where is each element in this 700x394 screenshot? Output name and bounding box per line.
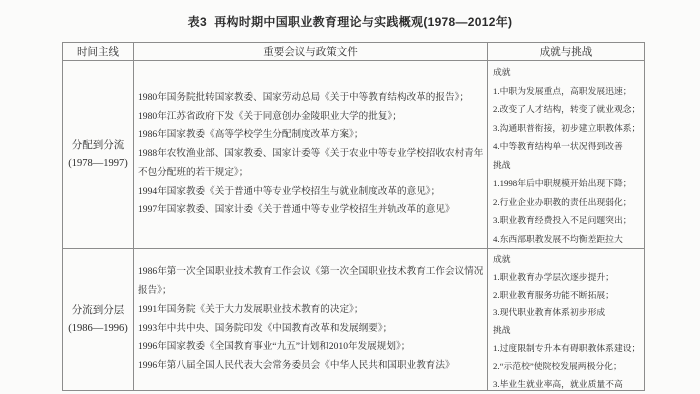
outcome-line: 3.沟通职普衔接，初步建立职教体系； [493,119,643,138]
outcome-line: 成就 [493,63,643,82]
outcome-line: 挑战 [493,156,643,175]
outcome-line: 4.东西部职教发展不均衡差距拉大 [493,230,643,249]
header-time-mainline: 时间主线 [63,43,134,60]
period-name: 分流到分层 [72,302,125,320]
outcome-line: 2.职业教育服务功能不断拓展； [493,287,643,305]
document-line: 1997年国家教委、国家计委《关于普通中等专业学校招生并轨改革的意见》 [138,201,484,220]
outcome-line: 2.行业企业办职教的责任出现弱化； [493,193,643,212]
outcomes-cell-1: 成就1.中职为发展重点，高职发展迅速；2.改变了人才结构，转变了就业观念；3.沟… [488,61,644,248]
outcomes-cell-2: 成就1.职业教育办学层次逐步提升；2.职业教育服务功能不断拓展；3.现代职业教育… [488,249,644,390]
document-line: 1988年农牧渔业部、国家教委、国家计委等《关于农业中等专业学校招收农村青年不包… [138,145,484,183]
outcome-line: 1.过度限制专升本有碍职教体系建设； [493,340,643,358]
outcome-line: 1.中职为发展重点，高职发展迅速； [493,82,643,101]
table-header-row: 时间主线 重要会议与政策文件 成就与挑战 [63,43,644,60]
document-line: 1993年中共中央、国务院印发《中国教育改革和发展纲要》； [138,320,484,339]
table-row-1978-1997: 分配到分流 (1978—1997) 1980年国务院批转国家教委、国家劳动总局《… [63,60,644,248]
outcome-line: 2.“示范校”使院校发展两极分化； [493,358,643,376]
document-line: 1980年江苏省政府下发《关于同意创办金陵职业大学的批复》； [138,108,484,127]
header-meetings-policies: 重要会议与政策文件 [134,43,488,60]
documents-cell-2: 1986年第一次全国职业技术教育工作会议《第一次全国职业技术教育工作会议情况报告… [134,249,488,390]
table-row-1986-1996: 分流到分层 (1986—1996) 1986年第一次全国职业技术教育工作会议《第… [63,248,644,390]
outcome-line: 挑战 [493,322,643,340]
document-line: 1996年第八届全国人民代表大会常务委员会《中华人民共和国职业教育法》 [138,357,484,376]
period-years: (1978—1997) [68,155,128,173]
outcome-line: 1.1998年后中职规模开始出现下降； [493,174,643,193]
period-years: (1986—1996) [68,320,128,338]
document-line: 1980年国务院批转国家教委、国家劳动总局《关于中等教育结构改革的报告》； [138,89,484,108]
header-achievements-challenges: 成就与挑战 [488,43,644,60]
table-caption: 表3 再构时期中国职业教育理论与实践概观(1978—2012年) [0,13,700,30]
history-table: 时间主线 重要会议与政策文件 成就与挑战 分配到分流 (1978—1997) 1… [62,42,645,391]
outcome-line: 1.职业教育办学层次逐步提升； [493,269,643,287]
outcome-line: 3.现代职业教育体系初步形成 [493,304,643,322]
document-line: 1991年国务院《关于大力发展职业技术教育的决定》； [138,301,484,320]
outcome-line: 2.改变了人才结构，转变了就业观念； [493,100,643,119]
period-cell-2: 分流到分层 (1986—1996) [63,249,134,390]
outcome-line: 4.中等教育结构单一状况得到改善 [493,137,643,156]
period-name: 分配到分流 [72,137,125,155]
document-line: 1986年国家教委《高等学校学生分配制度改革方案》； [138,126,484,145]
document-line: 1994年国家教委《关于普通中等专业学校招生与就业制度改革的意见》； [138,183,484,202]
outcome-line: 3.职业教育经费投入不足问题突出； [493,211,643,230]
document-line: 1996年国家教委《全国教育事业“九五”计划和2010年发展规划》； [138,338,484,357]
outcome-line: 3.毕业生就业率高，就业质量不高 [493,376,643,390]
documents-cell-1: 1980年国务院批转国家教委、国家劳动总局《关于中等教育结构改革的报告》；198… [134,61,488,248]
outcome-line: 成就 [493,251,643,269]
period-cell-1: 分配到分流 (1978—1997) [63,61,134,248]
document-line: 1986年第一次全国职业技术教育工作会议《第一次全国职业技术教育工作会议情况报告… [138,263,484,301]
